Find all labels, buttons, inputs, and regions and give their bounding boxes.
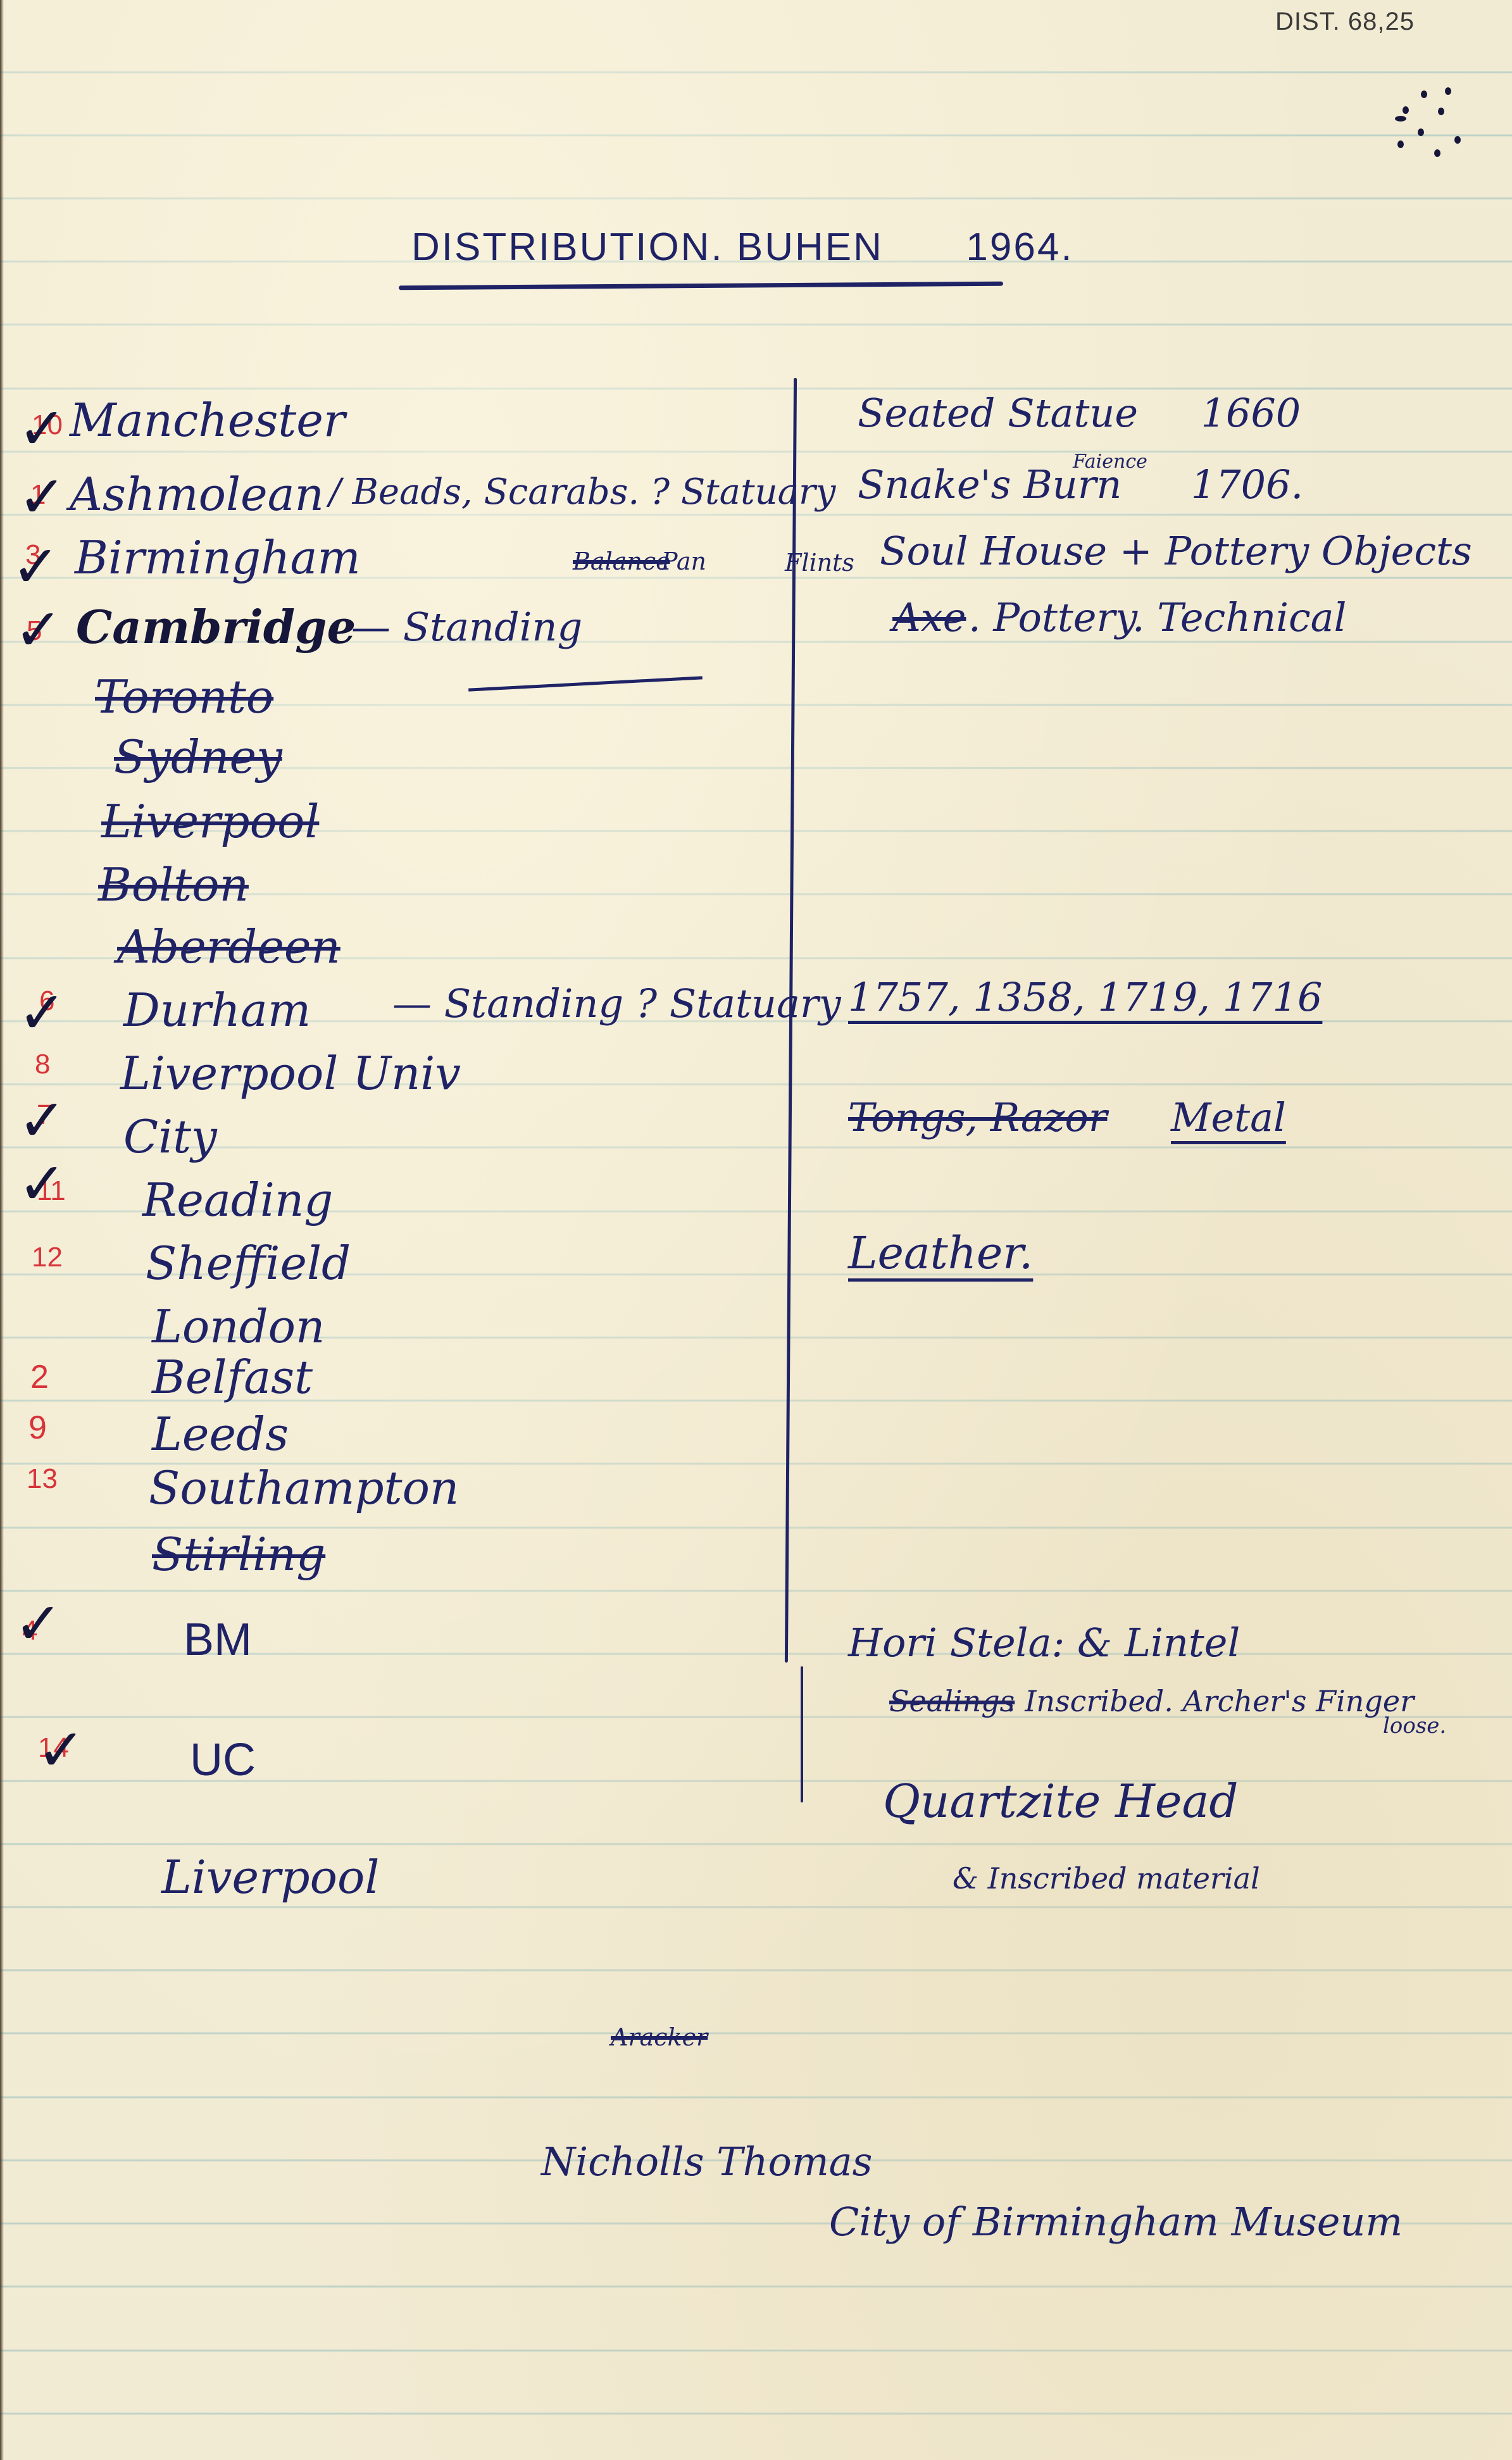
checkmark-icon: ✓ xyxy=(18,984,66,1042)
institution-name-struck: Stirling xyxy=(152,1532,325,1577)
institution-name: City xyxy=(123,1114,217,1159)
object-entry: . Pottery. Technical xyxy=(968,598,1346,637)
institution-name-struck: Bolton xyxy=(98,862,249,908)
object-entry: Hori Stela: & Lintel xyxy=(848,1623,1240,1663)
object-text: Seated Statue xyxy=(858,390,1138,436)
object-entry: Metal xyxy=(1171,1098,1286,1137)
red-number: 2 xyxy=(30,1361,49,1394)
struck-note: Balance xyxy=(573,549,670,573)
checkmark-icon: ✓ xyxy=(18,1155,66,1213)
object-entry: Soul House + Pottery Objects xyxy=(880,532,1472,571)
checkmark-icon: ✓ xyxy=(18,400,66,458)
institution-name: Ashmolean xyxy=(70,471,324,517)
contact-name: Nicholls Thomas xyxy=(541,2142,872,2182)
red-number: 9 xyxy=(28,1411,47,1444)
institution-name-struck: Sydney xyxy=(114,734,282,780)
struck-word: Aracker xyxy=(611,2025,708,2049)
column-divider-lower xyxy=(801,1666,803,1802)
contact-institution: City of Birmingham Museum xyxy=(829,2202,1403,2242)
object-superscript: Faience xyxy=(1073,453,1147,471)
checkmark-icon: ✓ xyxy=(37,1721,85,1780)
object-number: 1660 xyxy=(1201,390,1301,436)
institution-name: Liverpool Univ xyxy=(120,1051,461,1096)
institution-name: Southampton xyxy=(149,1465,459,1511)
object-catalogue-numbers: 1757, 1358, 1719, 1716 xyxy=(848,978,1322,1017)
institution-note: — Standing xyxy=(351,608,582,647)
red-number: 8 xyxy=(35,1051,50,1078)
institution-note: / Beads, Scarabs. ? Statuary xyxy=(329,475,835,510)
object-struck: Tongs, Razor xyxy=(848,1098,1107,1137)
institution-name: Durham xyxy=(123,987,311,1033)
institution-name: Manchester xyxy=(70,397,345,443)
object-struck: Axe xyxy=(892,598,966,637)
institution-name: Reading xyxy=(142,1177,333,1223)
object-number: 1706. xyxy=(1191,461,1304,508)
checkmark-icon: ✓ xyxy=(11,538,60,596)
institution-name: BM xyxy=(184,1617,252,1663)
checkmark-icon: ✓ xyxy=(14,1595,63,1653)
institution-name: Birmingham xyxy=(75,535,361,580)
red-number: 12 xyxy=(32,1244,63,1271)
institution-name: Belfast xyxy=(152,1354,313,1400)
checkmark-icon: ✓ xyxy=(14,601,63,659)
object-entry: Quartzite Head xyxy=(883,1778,1238,1824)
institution-name-struck: Aberdeen xyxy=(117,924,341,970)
checkmark-icon: ✓ xyxy=(18,1092,66,1150)
title-year: 1964. xyxy=(966,225,1073,269)
institution-note: — Standing ? Statuary xyxy=(392,984,841,1023)
institution-name: Leeds xyxy=(152,1411,289,1457)
institution-name: Sheffield xyxy=(146,1240,351,1286)
page-title: DISTRIBUTION. BUHEN 1964. xyxy=(411,225,1074,270)
page-edge-shadow xyxy=(0,0,4,2460)
object-struck: Sealings xyxy=(889,1687,1015,1716)
reference-number: DIST. 68,25 xyxy=(1275,8,1415,36)
institution-name: London xyxy=(152,1304,325,1349)
object-continuation: loose. xyxy=(1383,1715,1446,1737)
object-entry: & Inscribed material xyxy=(953,1864,1260,1893)
institution-name: Cambridge xyxy=(76,604,356,650)
lined-paper-background xyxy=(0,0,1512,2460)
institution-note: Pan xyxy=(661,549,706,573)
title-text: DISTRIBUTION. BUHEN xyxy=(411,225,884,269)
institution-name-struck: Liverpool xyxy=(101,799,319,844)
object-entry: Seated Statue 1660 xyxy=(858,394,1301,433)
institution-name: Liverpool xyxy=(161,1854,379,1900)
institution-name-struck: Toronto xyxy=(95,674,273,720)
object-entry: . Inscribed. Archer's Finger xyxy=(1006,1687,1414,1716)
institution-name: UC xyxy=(190,1737,256,1783)
checkmark-icon: ✓ xyxy=(18,468,66,527)
object-entry: Leather. xyxy=(848,1231,1033,1275)
object-prefix: Flints xyxy=(785,551,854,575)
red-number: 13 xyxy=(27,1465,58,1493)
